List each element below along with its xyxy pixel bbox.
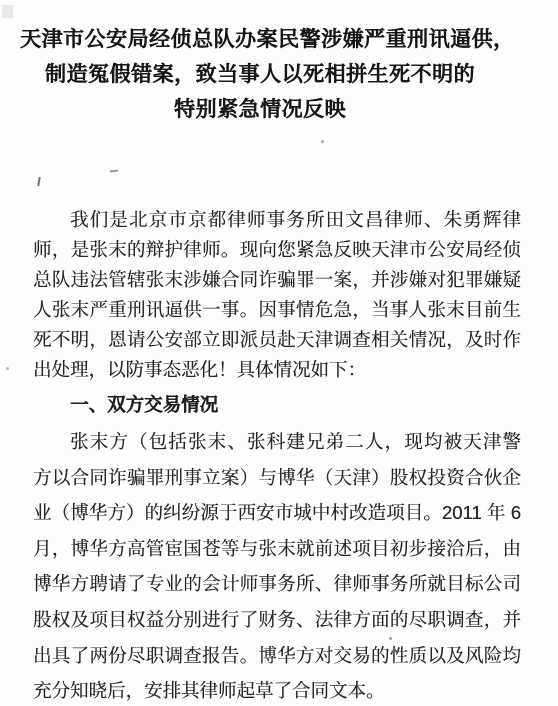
- paragraph-2-line: 股权及项目权益分别进行了财务、法律方面的尽职调查，并: [33, 602, 521, 638]
- title-line-2: 制造冤假错案，致当事人以死相拼生死不明的: [20, 57, 500, 92]
- document-title: 天津市公安局经侦总队办案民警涉嫌严重刑讯逼供， 制造冤假错案，致当事人以死相拼生…: [20, 22, 500, 127]
- document-page: 天津市公安局经侦总队办案民警涉嫌严重刑讯逼供， 制造冤假错案，致当事人以死相拼生…: [0, 0, 558, 706]
- paragraph-1-line: 我们是北京市京都律师事务所田文昌律师、朱勇辉律: [33, 205, 521, 235]
- scan-artifact-rect: [2, 5, 13, 18]
- section-header: 一、双方交易情况: [33, 394, 558, 416]
- paragraph-1-line: 人张末严重刑讯逼供一事。因事情危急，当事人张末目前生: [33, 295, 521, 325]
- scan-artifact-dash: [110, 170, 118, 173]
- paragraph-2-line: 出具了两份尽职调查报告。博华方对交易的性质以及风险均: [33, 638, 521, 674]
- paragraph-1-line: 出处理，以防事态恶化！具体情况如下：: [33, 355, 521, 385]
- paragraph-1-line: 总队违法管辖张末涉嫌合同诈骗罪一案，并涉嫌对犯罪嫌疑: [33, 265, 521, 295]
- paragraph-2-line: 张末方（包括张末、张科建兄弟二人，现均被天津警: [33, 424, 521, 460]
- scan-artifact-dot: [321, 140, 324, 143]
- paragraph-1-line: 师，是张末的辩护律师。现向您紧急反映天津市公安局经侦: [33, 235, 521, 265]
- paragraph-2-line: 博华方聘请了专业的会计师事务所、律师事务所就目标公司: [33, 566, 521, 602]
- paragraph-2-line: 月，博华方高管宦国苍等与张末就前述项目初步接洽后，由: [33, 531, 521, 567]
- paragraph-1-line: 死不明，恩请公安部立即派员赴天津调查相关情况，及时作: [33, 325, 521, 355]
- paragraph-2-line: 充分知晓后，安排其律师起草了合同文本。: [33, 673, 521, 706]
- paragraph-1: 我们是北京市京都律师事务所田文昌律师、朱勇辉律 师，是张末的辩护律师。现向您紧急…: [33, 205, 521, 385]
- scan-artifact-dot: [6, 367, 9, 370]
- paragraph-2: 张末方（包括张末、张科建兄弟二人，现均被天津警 方以合同诈骗罪刑事立案）与博华（…: [33, 424, 521, 706]
- paragraph-2-line: 业（博华方）的纠纷源于西安市城中村改造项目。2011 年 6: [33, 495, 521, 531]
- paragraph-2-line: 方以合同诈骗罪刑事立案）与博华（天津）股权投资合伙企: [33, 460, 521, 496]
- title-line-3: 特别紧急情况反映: [20, 92, 500, 127]
- title-line-1: 天津市公安局经侦总队办案民警涉嫌严重刑讯逼供，: [20, 22, 500, 57]
- scan-artifact-tick: [37, 177, 41, 186]
